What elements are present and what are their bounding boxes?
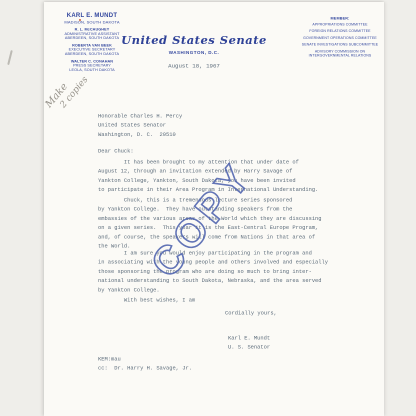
scanned-letter: KARL E. MUNDT MADISON, SOUTH DAKOTA R. L… (0, 0, 416, 416)
letter-page: KARL E. MUNDT MADISON, SOUTH DAKOTA R. L… (44, 2, 384, 416)
copy-stamp: COPY (44, 2, 384, 416)
pencil-stray-mark (7, 50, 12, 65)
copy-stamp-text: COPY (143, 154, 261, 285)
